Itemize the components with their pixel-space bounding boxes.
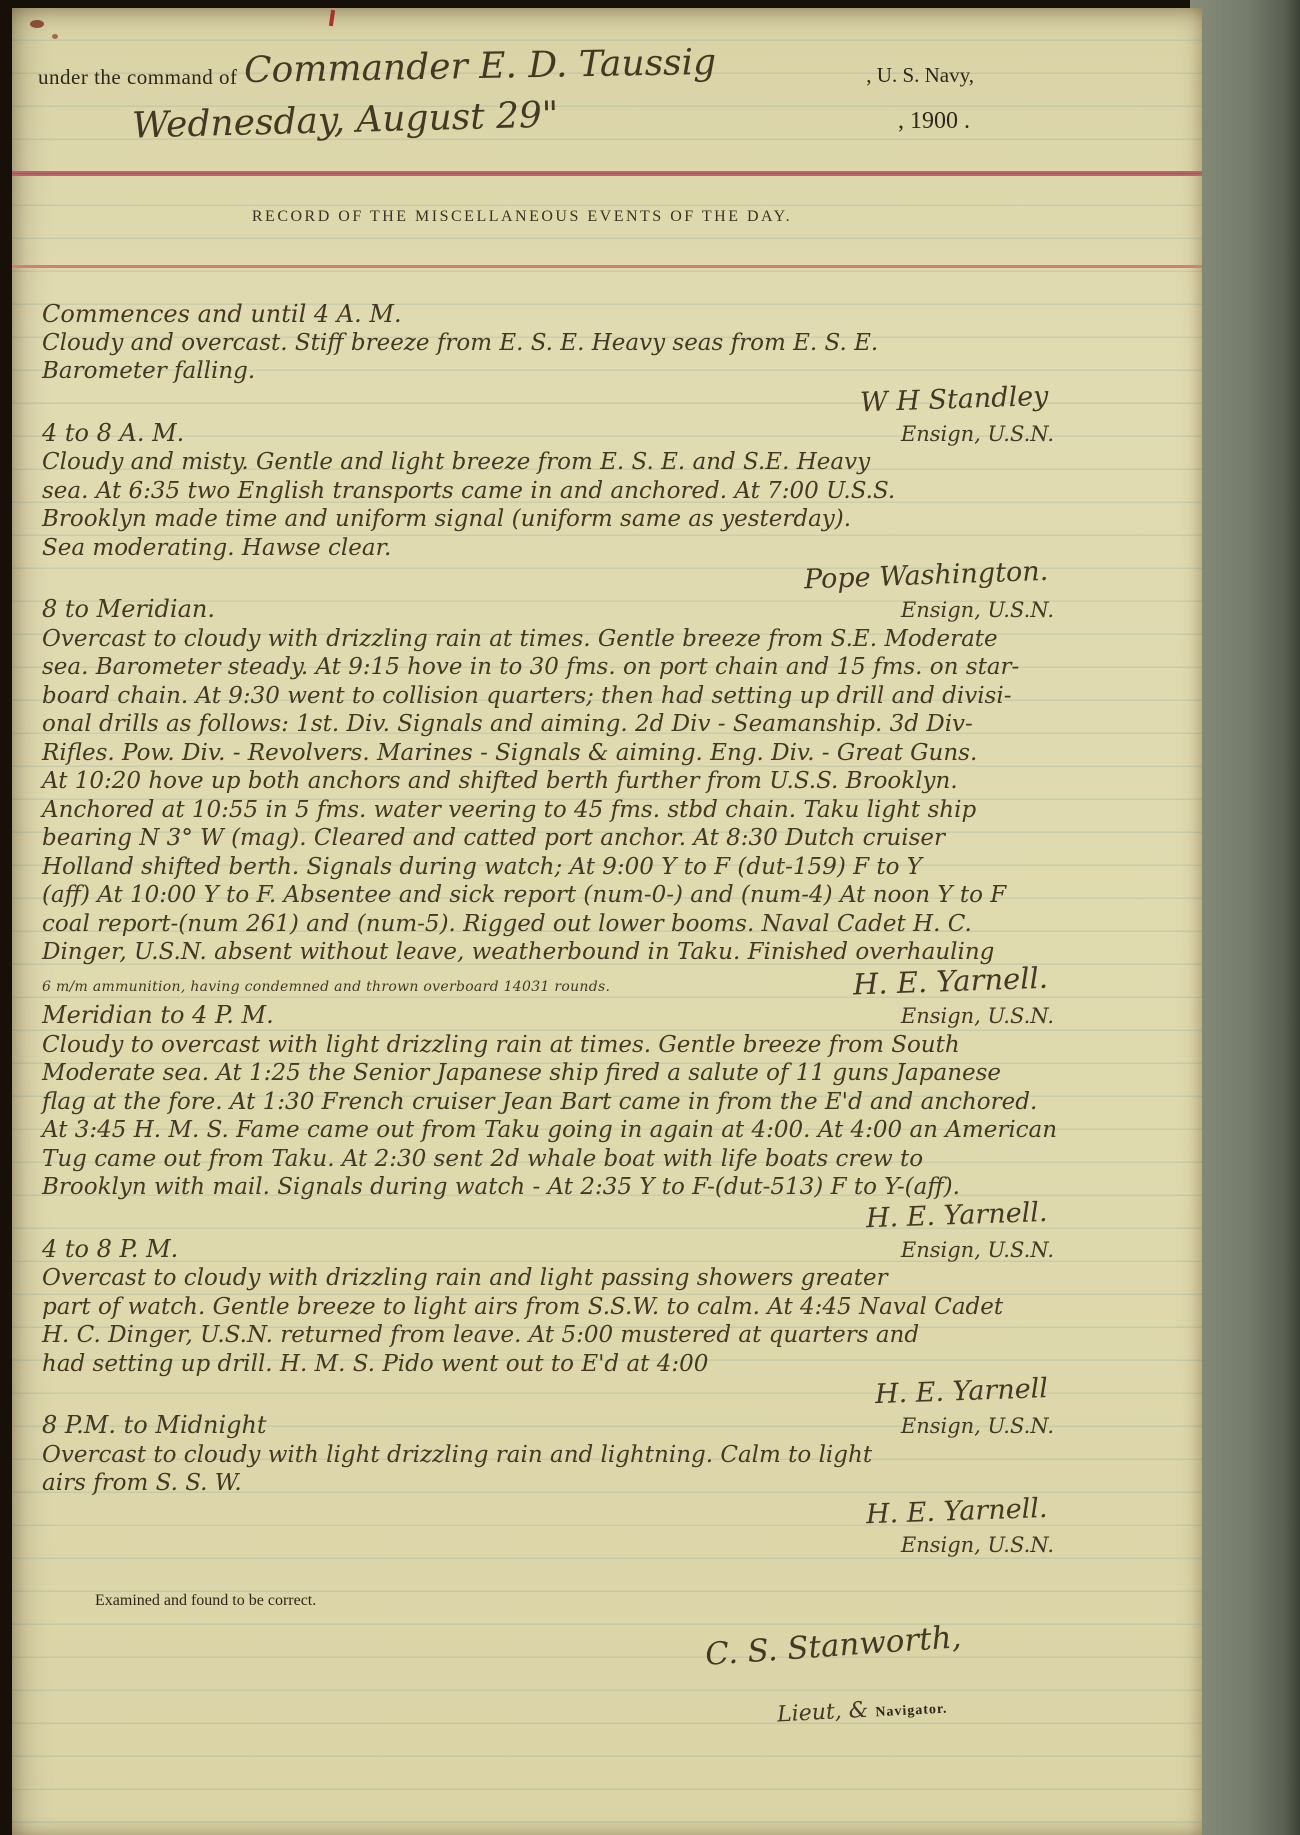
ink-stain [52, 34, 58, 39]
red-pen-mark [329, 10, 335, 26]
entry-heading-row: Commences and until 4 A. M. [42, 300, 1054, 329]
red-rule [12, 265, 1202, 268]
entry-heading-row: 4 to 8 P. M.Ensign, U.S.N. [42, 1235, 1054, 1265]
watch-heading: 8 to Meridian. [42, 595, 215, 624]
entry-line: (aff) At 10:00 Y to F. Absentee and sick… [42, 881, 1054, 910]
entry-line: Brooklyn made time and uniform signal (u… [42, 505, 1054, 534]
watch-heading: 4 to 8 A. M. [42, 419, 184, 448]
ink-stain [30, 20, 44, 28]
entry-line: flag at the fore. At 1:30 French cruiser… [42, 1088, 1054, 1117]
entry-line: Dinger, U.S.N. absent without leave, wea… [42, 938, 1054, 967]
signature-rank-row: Ensign, U.S.N. [42, 1531, 1054, 1564]
examined-statement: Examined and found to be correct. [95, 1592, 316, 1610]
entry-smallnote-row: 6 m/m ammunition, having condemned and t… [42, 967, 1054, 1002]
signature-row: H. E. Yarnell. [42, 1202, 1054, 1235]
log-entries: Commences and until 4 A. M.Cloudy and ov… [42, 300, 1054, 1564]
signature-name: Pope Washington. [803, 558, 1054, 595]
entry-line: At 10:20 hove up both anchors and shifte… [42, 767, 1054, 796]
log-entry-2: 8 to Meridian.Ensign, U.S.N.Overcast to … [42, 595, 1054, 1001]
entry-line: Cloudy and overcast. Stiff breeze from E… [42, 329, 1054, 358]
entry-line: coal report-(num 261) and (num-5). Rigge… [42, 910, 1054, 939]
entry-line: board chain. At 9:30 went to collision q… [42, 682, 1054, 711]
entry-line: H. C. Dinger, U.S.N. returned from leave… [42, 1321, 1054, 1350]
entry-heading-row: 8 P.M. to MidnightEnsign, U.S.N. [42, 1411, 1054, 1441]
scanner-background [1190, 0, 1300, 1835]
signature-row: W H Standley [42, 386, 1054, 419]
watch-heading: 4 to 8 P. M. [42, 1235, 178, 1264]
log-entry-3: Meridian to 4 P. M.Ensign, U.S.N.Cloudy … [42, 1001, 1054, 1235]
entry-line: Overcast to cloudy with drizzling rain a… [42, 625, 1054, 654]
navigator-signature: C. S. Stanworth, [704, 1619, 962, 1673]
watch-heading: Commences and until 4 A. M. [42, 300, 402, 329]
entry-line: part of watch. Gentle breeze to light ai… [42, 1293, 1054, 1322]
entry-line: Rifles. Pow. Div. - Revolvers. Marines -… [42, 739, 1054, 768]
log-entry-0: Commences and until 4 A. M.Cloudy and ov… [42, 300, 1054, 419]
entry-line: Barometer falling. [42, 357, 1054, 386]
year-text: , 1900 . [898, 108, 970, 135]
entry-line: Cloudy to overcast with light drizzling … [42, 1031, 1054, 1060]
scanned-logbook-page: under the command of Commander E. D. Tau… [0, 0, 1300, 1835]
entry-heading-row: 4 to 8 A. M.Ensign, U.S.N. [42, 419, 1054, 449]
signature-rank: Ensign, U.S.N. [901, 1002, 1054, 1031]
entry-line: Overcast to cloudy with light drizzling … [42, 1441, 1054, 1470]
entry-line: Anchored at 10:55 in 5 fms. water veerin… [42, 796, 1054, 825]
signature-rank: Ensign, U.S.N. [901, 596, 1054, 625]
entry-line: bearing N 3° W (mag). Cleared and catted… [42, 824, 1054, 853]
signature-rank: Ensign, U.S.N. [901, 1236, 1054, 1265]
entry-heading-row: Meridian to 4 P. M.Ensign, U.S.N. [42, 1001, 1054, 1031]
record-title: RECORD OF THE MISCELLANEOUS EVENTS OF TH… [12, 208, 1032, 226]
double-red-rule [12, 171, 1202, 176]
entry-line: At 3:45 H. M. S. Fame came out from Taku… [42, 1116, 1054, 1145]
entry-line: Cloudy and misty. Gentle and light breez… [42, 448, 1054, 477]
entry-heading-row: 8 to Meridian.Ensign, U.S.N. [42, 595, 1054, 625]
signature-name: H. E. Yarnell [875, 1375, 1055, 1410]
entry-line: Overcast to cloudy with drizzling rain a… [42, 1264, 1054, 1293]
signature-name: W H Standley [859, 382, 1054, 417]
commander-name-handwritten: Commander E. D. Taussig [244, 42, 717, 91]
signature-name: H. E. Yarnell. [866, 1198, 1054, 1233]
signature-row: Pope Washington. [42, 562, 1054, 595]
navy-suffix-printed: , U. S. Navy, [866, 63, 974, 88]
entry-line: sea. Barometer steady. At 9:15 hove in t… [42, 653, 1054, 682]
entry-line: had setting up drill. H. M. S. Pido went… [42, 1350, 1054, 1379]
entry-line: sea. At 6:35 two English transports came… [42, 477, 1054, 506]
entry-line: Tug came out from Taku. At 2:30 sent 2d … [42, 1145, 1054, 1174]
signature-rank: Ensign, U.S.N. [901, 1533, 1054, 1557]
signature-name: H. E. Yarnell. [866, 1494, 1054, 1529]
navigator-rank: Lieut, & Navigator. [776, 1694, 947, 1728]
logbook-paper: under the command of Commander E. D. Tau… [12, 8, 1202, 1835]
navigator-rank-printed: Navigator. [875, 1702, 948, 1721]
entry-line: Sea moderating. Hawse clear. [42, 534, 1054, 563]
entry-line: onal drills as follows: 1st. Div. Signal… [42, 710, 1054, 739]
entry-line: Moderate sea. At 1:25 the Senior Japanes… [42, 1059, 1054, 1088]
signature-row: H. E. Yarnell [42, 1378, 1054, 1411]
signature-rank: Ensign, U.S.N. [901, 1412, 1054, 1441]
date-handwritten: Wednesday, August 29" [132, 94, 559, 146]
watch-heading: 8 P.M. to Midnight [42, 1411, 267, 1440]
signature-row: H. E. Yarnell. [42, 1498, 1054, 1531]
navigator-rank-handwritten: Lieut, & [776, 1698, 868, 1728]
signature-name: H. E. Yarnell. [853, 963, 1055, 998]
watch-heading: Meridian to 4 P. M. [42, 1001, 274, 1030]
log-entry-4: 4 to 8 P. M.Ensign, U.S.N.Overcast to cl… [42, 1235, 1054, 1412]
entry-line: Holland shifted berth. Signals during wa… [42, 853, 1054, 882]
signature-rank: Ensign, U.S.N. [901, 420, 1054, 449]
log-entry-1: 4 to 8 A. M.Ensign, U.S.N.Cloudy and mis… [42, 419, 1054, 596]
log-entry-5: 8 P.M. to MidnightEnsign, U.S.N.Overcast… [42, 1411, 1054, 1564]
entry-line: Brooklyn with mail. Signals during watch… [42, 1173, 1054, 1202]
entry-line: airs from S. S. W. [42, 1469, 1054, 1498]
entry-small-note: 6 m/m ammunition, having condemned and t… [42, 973, 610, 1002]
command-prefix-printed: under the command of [38, 65, 238, 90]
